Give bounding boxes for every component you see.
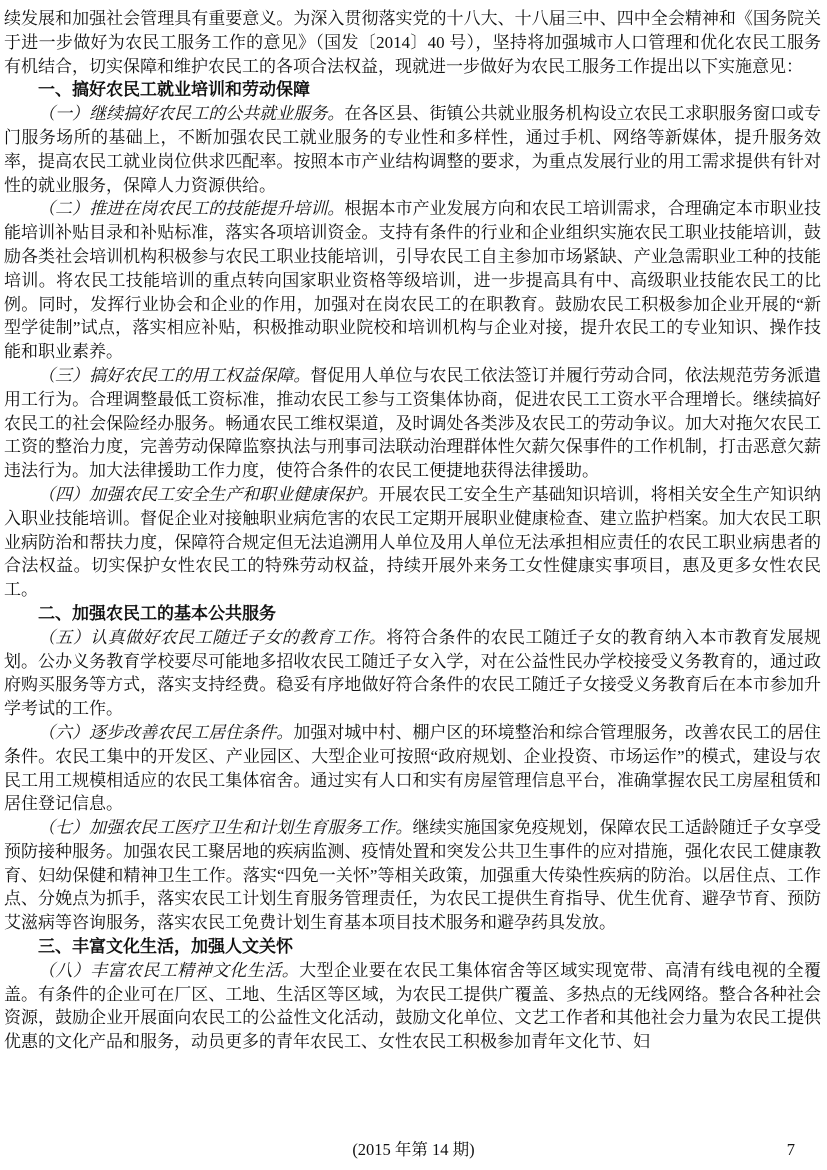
paragraph: （四）加强农民工安全生产和职业健康保护。开展农民工安全生产基础知识培训，将相关安… bbox=[4, 483, 821, 602]
page-number: 7 bbox=[787, 1138, 795, 1162]
paragraph: （六）逐步改善农民工居住条件。加强对城中村、棚户区的环境整治和综合管理服务，改善… bbox=[4, 721, 821, 816]
item-lead: （六）逐步改善农民工居住条件。 bbox=[38, 723, 293, 742]
paragraph: （一）继续搞好农民工的公共就业服务。在各区县、街镇公共就业服务机构设立农民工求职… bbox=[4, 102, 821, 197]
item-lead: （四）加强农民工安全生产和职业健康保护。 bbox=[38, 485, 378, 504]
paragraph: （三）搞好农民工的用工权益保障。督促用人单位与农民工依法签订并履行劳动合同，依法… bbox=[4, 364, 821, 483]
document-body: 续发展和加强社会管理具有重要意义。为深入贯彻落实党的十八大、十八届三中、四中全会… bbox=[4, 7, 821, 1054]
paragraph: 续发展和加强社会管理具有重要意义。为深入贯彻落实党的十八大、十八届三中、四中全会… bbox=[4, 7, 821, 78]
issue-label: (2015 年第 14 期) bbox=[0, 1138, 827, 1162]
item-lead: （八）丰富农民工精神文化生活。 bbox=[38, 961, 299, 980]
paragraph: （七）加强农民工医疗卫生和计划生育服务工作。继续实施国家免疫规划，保障农民工适龄… bbox=[4, 816, 821, 935]
item-lead: （二）推进在岗农民工的技能提升培训。 bbox=[38, 199, 344, 218]
item-lead: （七）加强农民工医疗卫生和计划生育服务工作。 bbox=[38, 818, 413, 837]
item-lead: （五）认真做好农民工随迁子女的教育工作。 bbox=[38, 628, 386, 647]
paragraph: （八）丰富农民工精神文化生活。大型企业要在农民工集体宿舍等区域实现宽带、高清有线… bbox=[4, 959, 821, 1054]
section-heading: 一、搞好农民工就业培训和劳动保障 bbox=[4, 78, 821, 102]
page-footer: (2015 年第 14 期) 7 bbox=[0, 1138, 827, 1162]
item-lead: （一）继续搞好农民工的公共就业服务。 bbox=[38, 104, 344, 123]
section-heading: 二、加强农民工的基本公共服务 bbox=[4, 602, 821, 626]
paragraph: （五）认真做好农民工随迁子女的教育工作。将符合条件的农民工随迁子女的教育纳入本市… bbox=[4, 626, 821, 721]
paragraph: （二）推进在岗农民工的技能提升培训。根据本市产业发展方向和农民工培训需求，合理确… bbox=[4, 197, 821, 364]
section-heading: 三、丰富文化生活，加强人文关怀 bbox=[4, 935, 821, 959]
document-page: 续发展和加强社会管理具有重要意义。为深入贯彻落实党的十八大、十八届三中、四中全会… bbox=[0, 0, 827, 1170]
item-lead: （三）搞好农民工的用工权益保障。 bbox=[38, 366, 310, 385]
